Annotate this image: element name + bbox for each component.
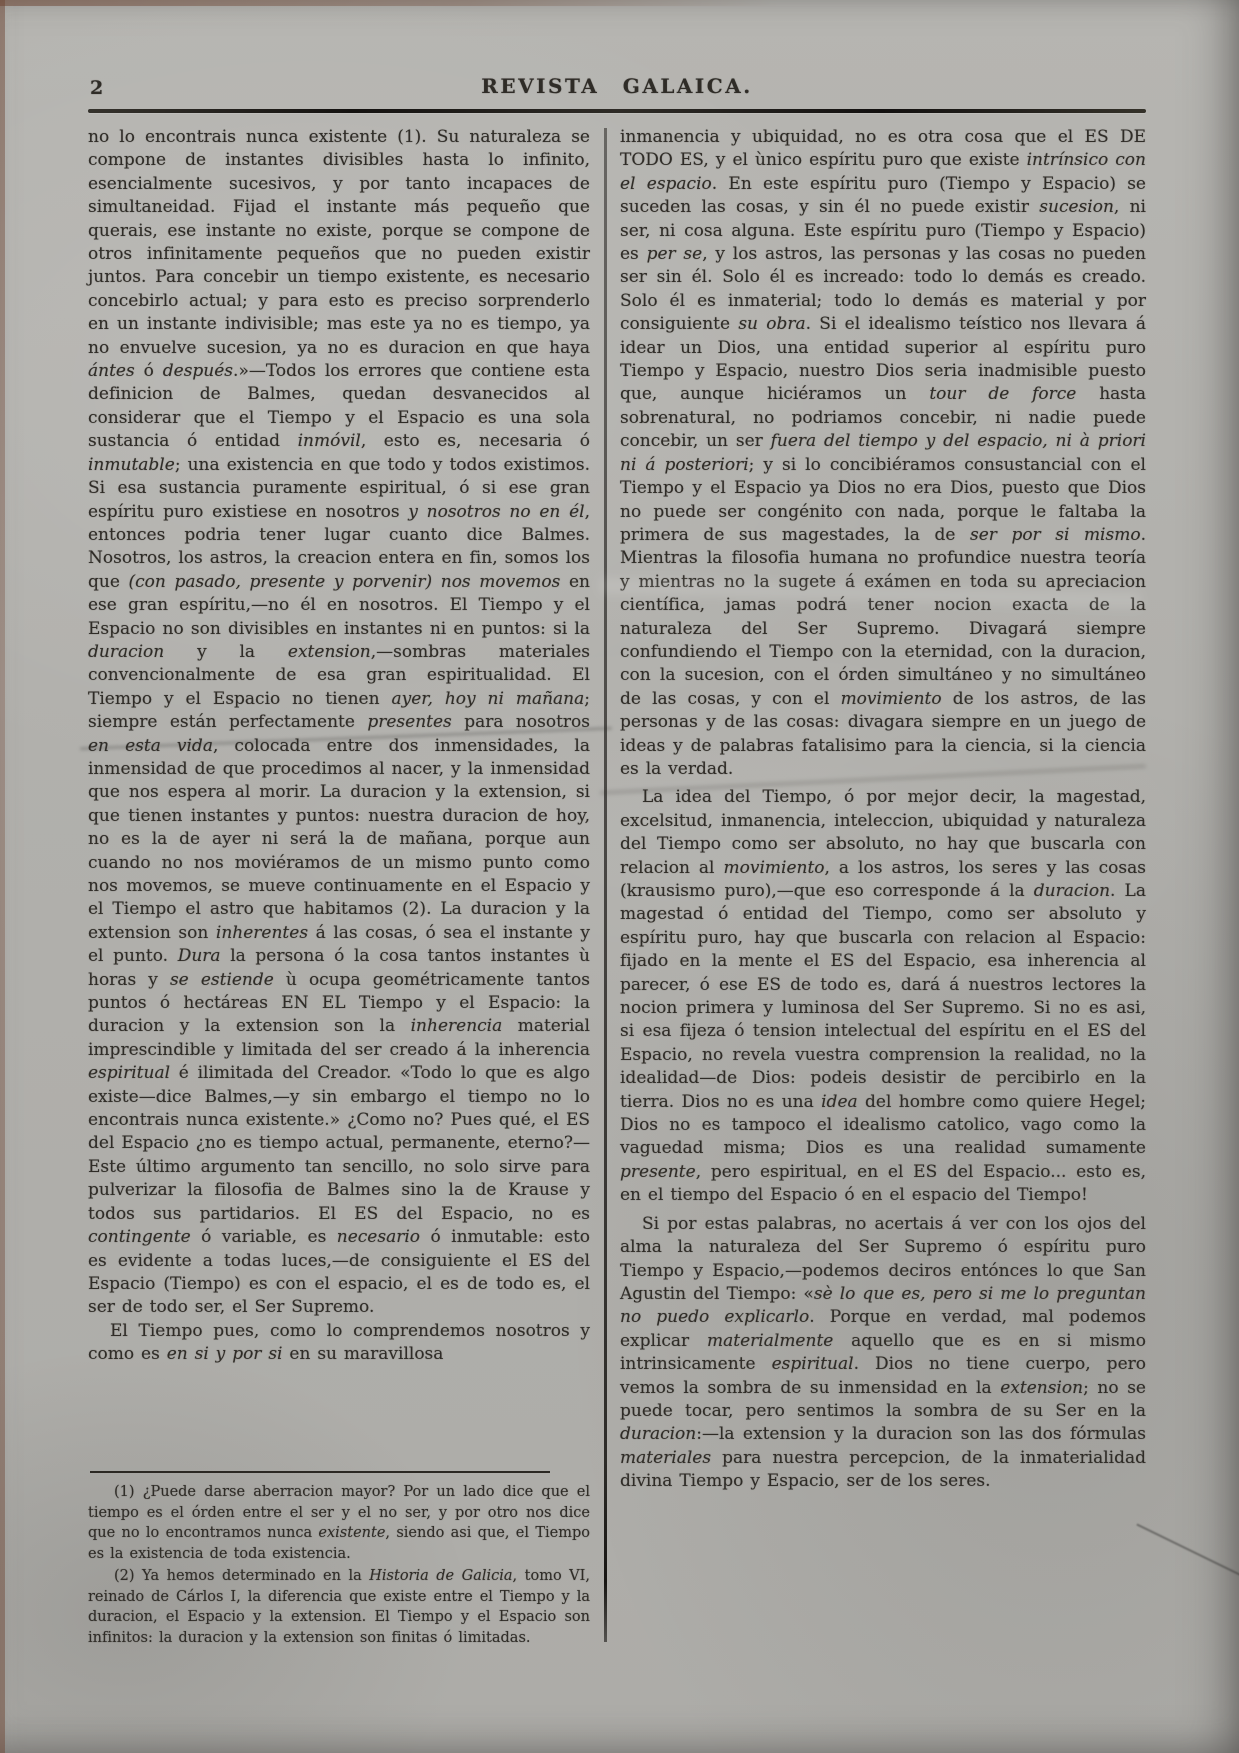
journal-title: REVISTA GALAICA. (88, 70, 1146, 98)
article-paragraph: El Tiempo pues, como lo comprendemos nos… (88, 1320, 590, 1367)
page-edge-top (0, 0, 780, 6)
page-number: 2 (90, 77, 103, 99)
binding-edge-left (0, 0, 5, 1753)
right-column: inmanencia y ubiquidad, no es otra cosa … (620, 126, 1146, 1648)
footnote-1: (1) ¿Puede darse aberracion mayor? Por u… (88, 1482, 590, 1564)
footnotes-block: (1) ¿Puede darse aberracion mayor? Por u… (88, 1459, 590, 1648)
page-header: 2 REVISTA GALAICA. (88, 70, 1146, 104)
column-divider (604, 128, 607, 1642)
footnote-rule (90, 1471, 550, 1473)
page-content: 2 REVISTA GALAICA. no lo encontrais nunc… (88, 70, 1146, 1648)
scanned-page: 2 REVISTA GALAICA. no lo encontrais nunc… (0, 0, 1239, 1753)
header-rule (88, 109, 1146, 113)
article-paragraph-continued: inmanencia y ubiquidad, no es otra cosa … (620, 126, 1146, 781)
article-paragraph: Si por estas palabras, no acertais á ver… (620, 1213, 1146, 1494)
fold-mark (1136, 1524, 1239, 1585)
footnote-2: (2) Ya hemos determinado en la Historia … (88, 1566, 590, 1648)
article-paragraph: La idea del Tiempo, ó por mejor decir, l… (620, 786, 1146, 1207)
left-column: no lo encontrais nunca existente (1). Su… (88, 126, 590, 1648)
article-paragraph-continued: no lo encontrais nunca existente (1). Su… (88, 126, 590, 1320)
article-columns: no lo encontrais nunca existente (1). Su… (88, 126, 1146, 1648)
